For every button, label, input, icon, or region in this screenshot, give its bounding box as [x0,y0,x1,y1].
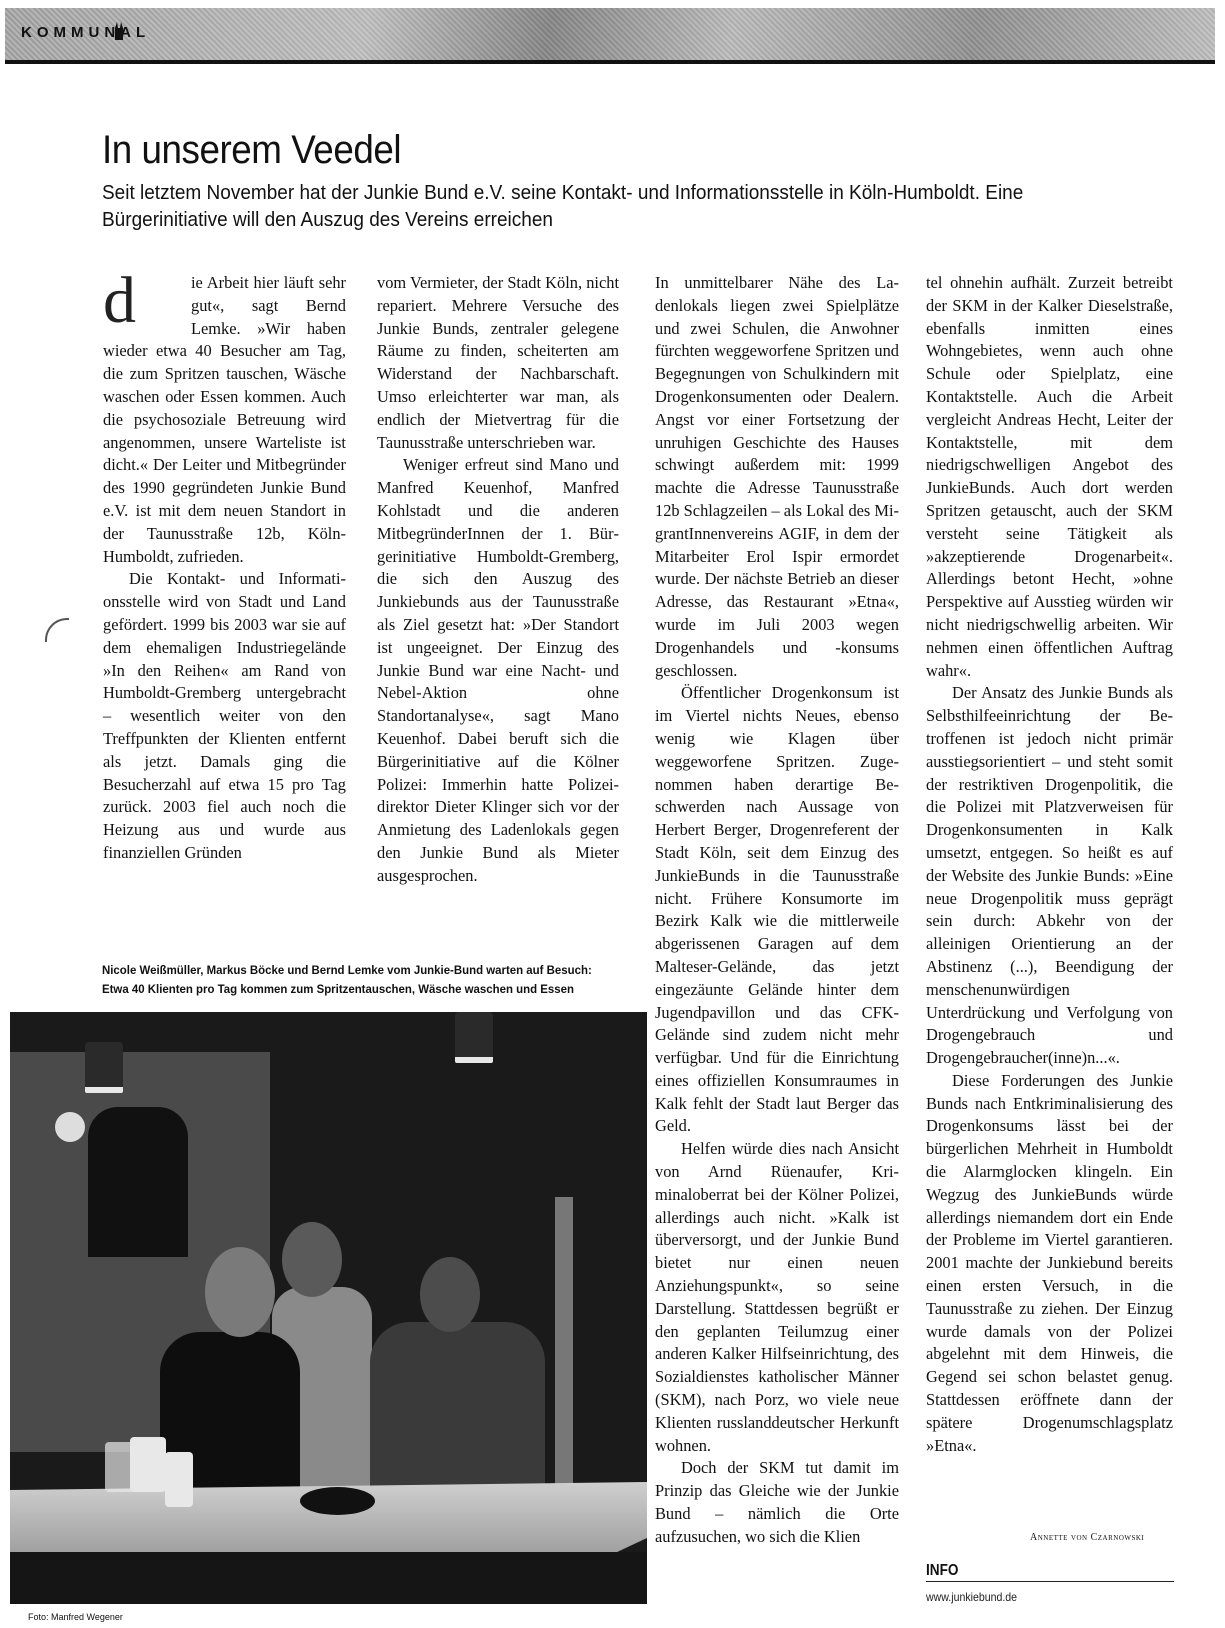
paragraph: Die Kontakt- und Informati­onsstelle wir… [103,568,346,864]
paragraph: Weniger erfreut sind Mano und Manfred Ke… [377,454,619,887]
paragraph: die Arbeit hier läuft sehr gut«, sagt Be… [103,272,346,568]
paragraph: tel ohnehin aufhält. Zurzeit be­treibt d… [926,272,1173,682]
article-column-2: vom Vermieter, der Stadt Köln, nicht rep… [377,272,619,888]
paragraph: In unmittelbarer Nähe des La­denlokals l… [655,272,899,682]
article-subheadline: Seit letztem November hat der Junkie Bun… [102,180,1052,234]
article-column-4: tel ohnehin aufhält. Zurzeit be­treibt d… [926,272,1173,1457]
article-author: Annette von Czarnowski [1030,1532,1144,1543]
paragraph: Der Ansatz des Junkie Bunds als Selbsthi… [926,682,1173,1070]
photo-jar [165,1452,193,1507]
scan-artifact [45,618,69,642]
photo-person-head [205,1247,275,1337]
photo-person-head [282,1222,342,1297]
photo-person-head [420,1257,480,1332]
paragraph: vom Vermieter, der Stadt Köln, nicht rep… [377,272,619,454]
section-header-band: KOMMUNAL [5,8,1215,64]
photo-mirror [88,1107,188,1257]
photo-jar [130,1437,166,1492]
paragraph: Helfen würde dies nach An­sicht von Arnd… [655,1138,899,1457]
photo-pendant-lamp [85,1042,123,1093]
article-headline: In unserem Veedel [102,128,401,173]
paragraph: Diese Forderungen des Jun­kie Bunds nach… [926,1070,1173,1458]
article-column-1: die Arbeit hier läuft sehr gut«, sagt Be… [103,272,346,865]
section-label: KOMMUNAL [21,24,150,41]
paragraph: Öffentlicher Drogenkonsum ist im Viertel… [655,682,899,1138]
photo-pole [555,1197,573,1497]
info-box-url[interactable]: www.junkiebund.de [926,1590,1017,1604]
photo-caption: Nicole Weißmüller, Markus Böcke und Bern… [102,961,604,999]
drop-cap: d [103,276,136,326]
article-photo [10,1012,647,1604]
photo-ashtray [300,1487,375,1515]
photo-wall-light [55,1112,85,1142]
info-box-title: INFO [926,1562,1174,1582]
cathedral-icon [115,22,123,40]
photo-credit: Foto: Manfred Wegener [28,1612,123,1622]
article-column-3: In unmittelbarer Nähe des La­denlokals l… [655,272,899,1549]
photo-counter-front [10,1552,647,1604]
photo-pendant-lamp [455,1012,493,1063]
paragraph: Doch der SKM tut damit im Prinzip das Gl… [655,1457,899,1548]
